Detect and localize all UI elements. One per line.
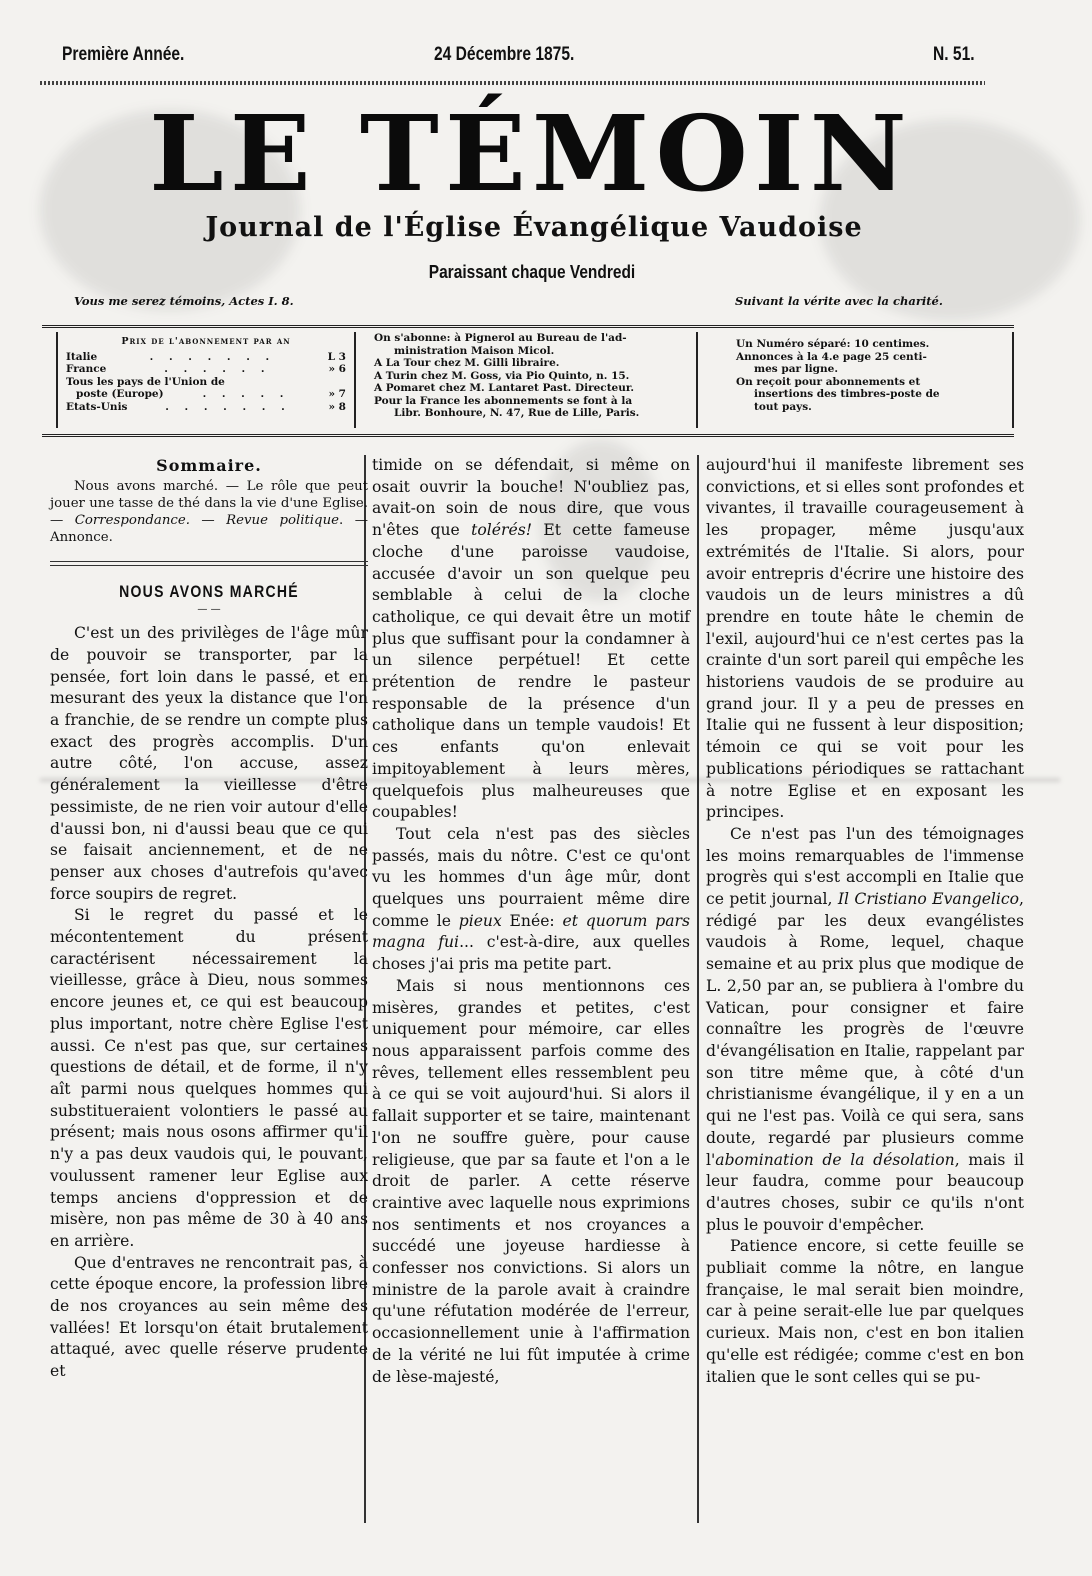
paragraph: C'est un des privilèges de l'âge mûr de …: [50, 623, 368, 905]
subscription-prices: Prix de l'abonnement par an Italie . . .…: [56, 332, 356, 428]
price-dots: . . . . . .: [106, 363, 328, 376]
location-line: A La Tour chez M. Gilli libraire.: [374, 357, 690, 370]
text: Enée:: [502, 912, 563, 930]
column-rule: [697, 455, 699, 1523]
price-value: » 6: [328, 363, 346, 376]
text: Et cette fameuse cloche d'une paroisse v…: [372, 521, 690, 821]
price-row: poste (Europe) . . . . . » 7: [66, 388, 346, 401]
price-row: France . . . . . . » 6: [66, 363, 346, 376]
price-dots: . . . . .: [164, 388, 329, 401]
issue-info-line: Première Année. 24 Décembre 1875. N. 51.: [60, 44, 1040, 72]
paragraph: aujourd'hui il manifeste librement ses c…: [706, 455, 1024, 824]
newspaper-title: LE TÉMOIN: [0, 104, 1092, 204]
subscription-locations: On s'abonne: à Pignerol au Bureau de l'a…: [368, 332, 698, 428]
article-title: NOUS AVONS MARCHÉ: [74, 582, 344, 604]
subscription-box: Prix de l'abonnement par an Italie . . .…: [42, 325, 1014, 437]
location-line: On s'abonne: à Pignerol au Bureau de l'a…: [374, 332, 690, 345]
price-value: » 7: [328, 388, 346, 401]
price-label: Italie: [66, 351, 97, 364]
column-3: aujourd'hui il manifeste librement ses c…: [706, 455, 1024, 1388]
price-row: Tous les pays de l'Union de: [66, 376, 346, 389]
paragraph: Patience encore, si cette feuille se pub…: [706, 1236, 1024, 1388]
location-line: Libr. Bonhoure, N. 47, Rue de Lille, Par…: [374, 407, 690, 420]
price-dots: . . . . . . .: [97, 351, 327, 364]
masthead: LE TÉMOIN Journal de l'Église Évangéliqu…: [0, 104, 1092, 204]
note-line: Un Numéro séparé: 10 centimes.: [736, 338, 1006, 351]
paragraph: timide on se défendait, si même on osait…: [372, 455, 690, 824]
location-line: Pour la France les abonnements se font à…: [374, 395, 690, 408]
wavy-divider: [40, 81, 985, 85]
italic-text: abomination de la désolation: [715, 1151, 954, 1169]
italic-text: Il Cristiano Evangelico: [838, 890, 1019, 908]
italic-text: tolérés!: [471, 521, 532, 539]
price-label: France: [66, 363, 106, 376]
location-line: A Turin chez M. Goss, via Pio Quinto, n.…: [374, 370, 690, 383]
sommaire-italic: Correspondance. — Revue politique: [75, 513, 339, 528]
column-2: timide on se défendait, si même on osait…: [372, 455, 690, 1388]
note-line: mes par ligne.: [736, 363, 1006, 376]
newspaper-subtitle: Journal de l'Église Évangélique Vaudoise: [44, 212, 1024, 243]
title-dash: — —: [50, 605, 368, 615]
motto-left: Vous me serez témoins, Actes I. 8.: [74, 294, 294, 308]
location-line: ministration Maison Micol.: [374, 345, 690, 358]
issue-number: N. 51.: [933, 44, 975, 66]
prices-title: Prix de l'abonnement par an: [66, 336, 346, 349]
year-label: Première Année.: [62, 44, 184, 66]
price-dots: . . . . . . .: [127, 401, 328, 414]
sommaire-heading: Sommaire.: [50, 455, 368, 477]
price-value: L 3: [328, 351, 346, 364]
paragraph: Ce n'est pas l'un des témoignages les mo…: [706, 824, 1024, 1236]
price-label: Etats-Unis: [66, 401, 127, 414]
paragraph: Que d'entraves ne rencontrait pas, à cet…: [50, 1253, 368, 1383]
note-line: On reçoit pour abonnements et: [736, 376, 1006, 389]
paragraph: Tout cela n'est pas des siècles passés, …: [372, 824, 690, 976]
text: , rédigé par les deux evangélistes vaudo…: [706, 890, 1024, 1168]
sommaire-body: Nous avons marché. — Le rôle que peut jo…: [50, 478, 368, 547]
paragraph: Mais si nous mentionnons ces misères, gr…: [372, 976, 690, 1388]
price-row: Italie . . . . . . . L 3: [66, 351, 346, 364]
publication-frequency: Paraissant chaque Vendredi: [394, 262, 669, 283]
note-line: insertions des timbres-poste de: [736, 388, 1006, 401]
section-divider: [50, 561, 368, 566]
paragraph: Si le regret du passé et le mécontenteme…: [50, 905, 368, 1252]
issue-date: 24 Décembre 1875.: [434, 44, 574, 66]
note-line: tout pays.: [736, 401, 1006, 414]
location-line: A Pomaret chez M. Lantaret Past. Directe…: [374, 382, 690, 395]
motto-right: Suivant la vérite avec la charité.: [735, 294, 943, 308]
italic-text: pieux: [459, 912, 502, 930]
price-value: » 8: [328, 401, 346, 414]
price-row: Etats-Unis . . . . . . . » 8: [66, 401, 346, 414]
price-label: poste (Europe): [76, 388, 164, 401]
price-label: Tous les pays de l'Union de: [66, 376, 225, 389]
note-line: Annonces à la 4.e page 25 centi-: [736, 351, 1006, 364]
column-1: Sommaire. Nous avons marché. — Le rôle q…: [50, 455, 368, 1383]
newspaper-page: Première Année. 24 Décembre 1875. N. 51.…: [0, 0, 1092, 1576]
subscription-notes: Un Numéro séparé: 10 centimes. Annonces …: [732, 332, 1014, 428]
